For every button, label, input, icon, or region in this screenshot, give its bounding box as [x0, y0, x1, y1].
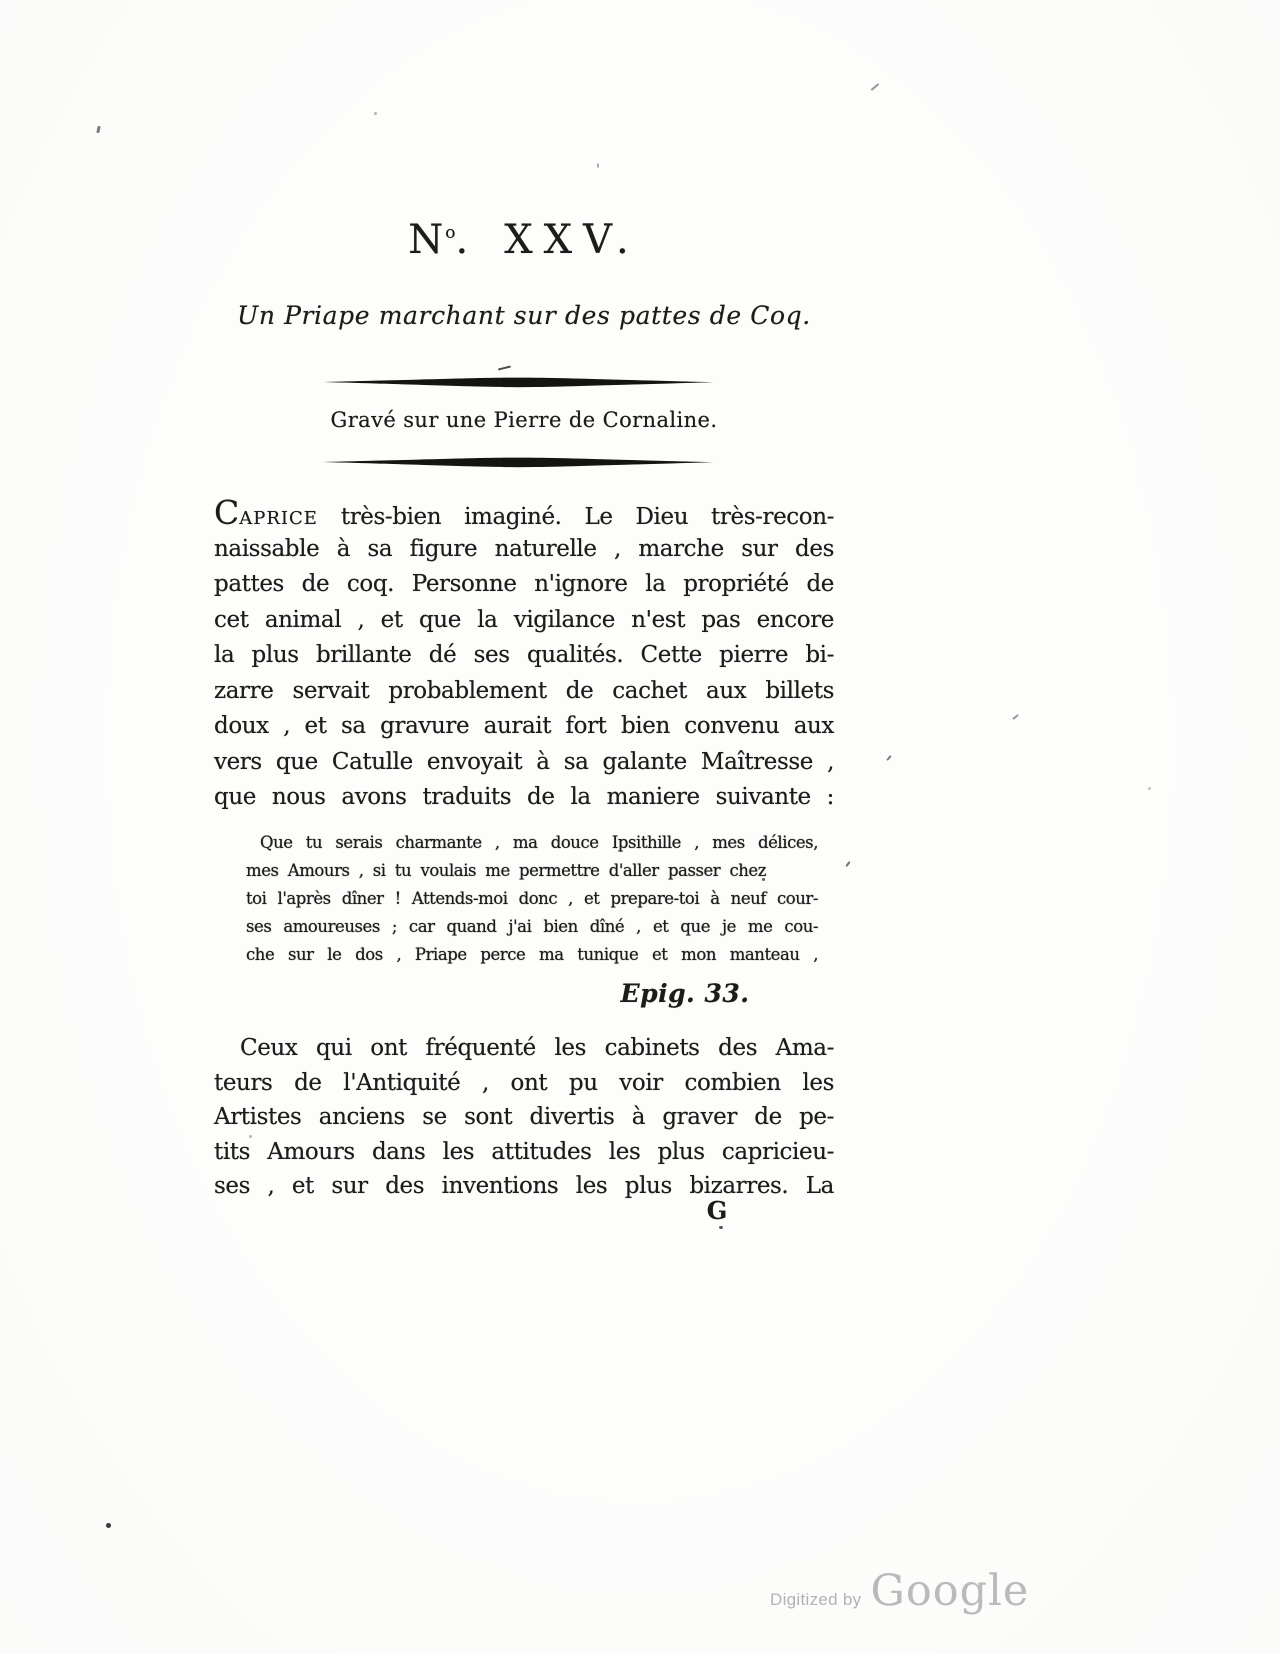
scan-speck: [871, 83, 880, 91]
paragraph-2: Ceux qui ont fréquenté les cabinets des …: [214, 1031, 834, 1204]
paragraph-line: doux , et sa gravure aurait fort bien co…: [214, 709, 834, 745]
quote-line: Que tu serais charmante , ma douce Ipsit…: [246, 829, 818, 857]
scan-smudge: [352, 430, 708, 435]
paragraph-line: cet animal , et que la vigilance n'est p…: [214, 603, 834, 639]
quote-line: che sur le dos , Priape perce ma tunique…: [246, 941, 818, 969]
scan-speck: [498, 365, 511, 370]
paragraph-line: tits Amours dans les attitudes les plus …: [214, 1135, 834, 1170]
scan-speck: [719, 1226, 723, 1229]
paragraph-line: teurs de l'Antiquité , ont pu voir combi…: [214, 1066, 834, 1101]
title-numeral: XXV.: [504, 217, 640, 263]
google-logo: Google: [870, 1566, 1029, 1616]
paragraph-line: Artistes anciens se sont divertis à grav…: [214, 1100, 834, 1135]
small-caps-word: APRICE: [239, 508, 318, 529]
scan-speck: [845, 861, 850, 867]
paragraph-line: la plus brillante dé ses qualités. Cette…: [214, 638, 834, 674]
title-superscript: o: [445, 223, 455, 243]
verse-quotation: Que tu serais charmante , ma douce Ipsit…: [246, 829, 818, 969]
paragraph-line: ses , et sur des inventions les plus biz…: [214, 1169, 834, 1204]
ornamental-rule-top: [323, 377, 713, 388]
title-period: .: [455, 217, 470, 263]
scan-speck: [374, 112, 377, 115]
title-letter: N: [408, 217, 445, 263]
quote-line: toi l'après dîner ! Attends-moi donc , e…: [246, 885, 818, 913]
scan-speck: [762, 878, 765, 881]
scan-speck: [886, 755, 891, 761]
scan-speck: [597, 163, 599, 168]
paragraph-line: naissable à sa figure naturelle , marche…: [214, 532, 834, 568]
ornamental-rule-bottom: [323, 457, 713, 468]
subtitle: Un Priape marchant sur des pattes de Coq…: [214, 294, 834, 338]
scan-speck: [249, 1135, 252, 1138]
swelled-rule-shape: [323, 377, 713, 388]
paragraph-line: zarre servait probablement de cachet aux…: [214, 674, 834, 710]
line-text: très-bien imaginé. Le Dieu très-recon-: [318, 504, 834, 530]
quote-line: mes Amours , si tu voulais me permettre …: [246, 857, 818, 885]
paragraph-line: Ceux qui ont fréquenté les cabinets des …: [214, 1031, 834, 1066]
digitization-watermark: Digitized by Google: [770, 1566, 1029, 1616]
digitized-by-label: Digitized by: [770, 1590, 861, 1610]
scan-speck: [1012, 714, 1019, 720]
scan-speck: [1148, 787, 1151, 790]
page-title: No.XXV.: [214, 208, 834, 272]
book-page: No.XXV. Un Priape marchant sur des patte…: [0, 0, 1280, 1654]
scan-speck: [106, 1523, 111, 1528]
scan-speck: [96, 126, 100, 133]
paragraph-line: vers que Catulle envoyait à sa galante M…: [214, 745, 834, 781]
paragraph-line: pattes de coq. Personne n'ignore la prop…: [214, 567, 834, 603]
paragraph-line: CAPRICE très-bien imaginé. Le Dieu très-…: [214, 496, 834, 532]
drop-cap: C: [214, 493, 239, 532]
paragraph-1: CAPRICE très-bien imaginé. Le Dieu très-…: [214, 496, 834, 816]
epigraph-reference: Epig. 33.: [585, 979, 785, 1009]
quote-line: ses amoureuses ; car quand j'ai bien dîn…: [246, 913, 818, 941]
catchword: G: [700, 1196, 734, 1226]
swelled-rule-shape: [323, 457, 713, 468]
paragraph-line: que nous avons traduits de la maniere su…: [214, 780, 834, 816]
